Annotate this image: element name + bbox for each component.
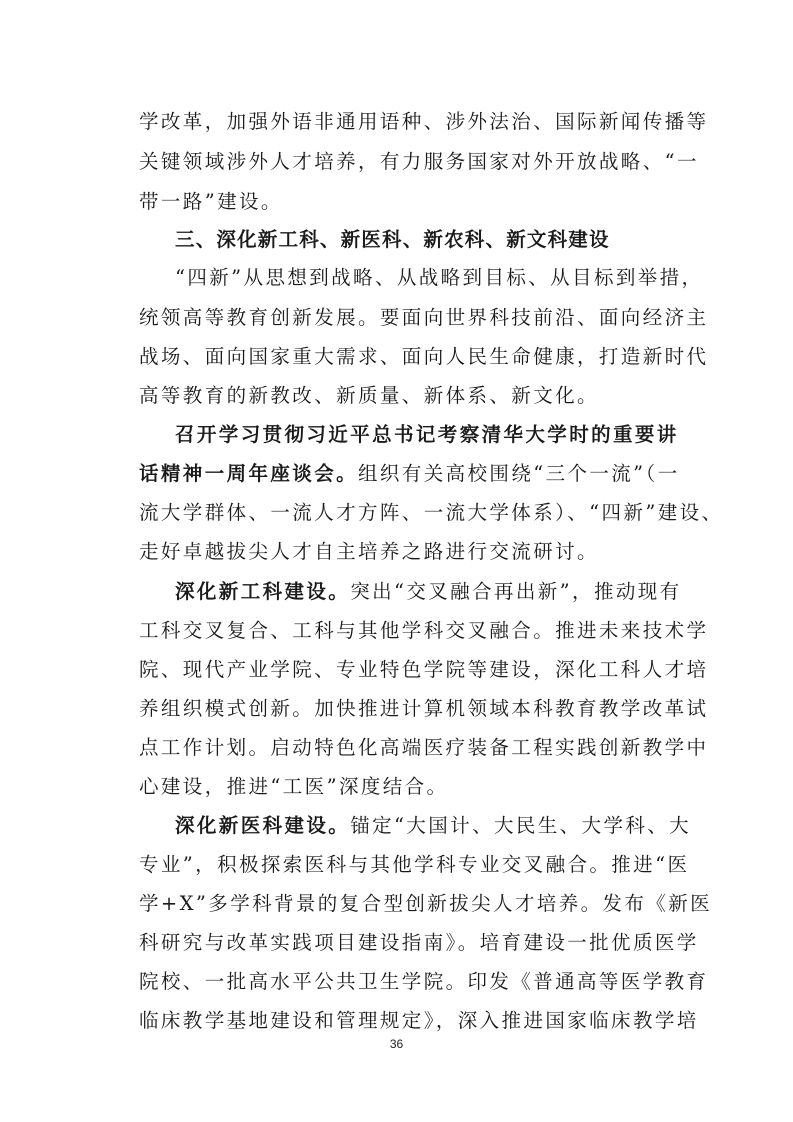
paragraph-line: 心建设，推进“工医”深度结合。: [139, 775, 659, 799]
paragraph-line: 点工作计划。启动特色化高端医疗装备工程实践创新教学中: [139, 736, 659, 760]
paragraph-line: 专业”，积极探索医科与其他学科专业交叉融合。推进“医: [139, 853, 659, 877]
paragraph-bold-lead: 话精神一周年座谈会。: [139, 462, 358, 485]
paragraph-bold-lead: 召开学习贯彻习近平总书记考察清华大学时的重要讲: [175, 423, 659, 447]
paragraph-line: 院、现代产业学院、专业特色学院等建设，深化工科人才培: [139, 658, 659, 682]
paragraph-line: 高等教育的新教改、新质量、新体系、新文化。: [139, 384, 659, 408]
paragraph-line: 学+X”多学科背景的复合型创新拔尖人才培养。发布《新医: [139, 892, 659, 916]
paragraph-bold-lead: 深化新工科建设。: [175, 580, 350, 603]
paragraph-line: 流大学群体、一流人才方阵、一流大学体系）、“四新”建设、: [139, 501, 659, 525]
paragraph-line: 带一路”建设。: [139, 190, 659, 214]
paragraph-line: 深化新工科建设。突出“交叉融合再出新”，推动现有: [175, 580, 659, 604]
section-heading: 三、深化新工科、新医科、新农科、新文科建设: [175, 228, 695, 252]
paragraph-text: 突出“交叉融合再出新”，推动现有: [350, 580, 681, 603]
paragraph-bold-lead: 深化新医科建设。: [175, 814, 350, 837]
paragraph-line: 科研究与改革实践项目建设指南》。培育建设一批优质医学: [139, 931, 659, 955]
paragraph-line: 工科交叉复合、工科与其他学科交叉融合。推进未来技术学: [139, 619, 659, 643]
paragraph-text: 锚定“大国计、大民生、大学科、大: [350, 814, 691, 837]
paragraph-line: 关键领域涉外人才培养，有力服务国家对外开放战略、“一: [139, 150, 659, 174]
paragraph-line: 学改革，加强外语非通用语种、涉外法治、国际新闻传播等: [139, 110, 659, 134]
paragraph-text: 组织有关高校围绕“三个一流”（一: [358, 462, 680, 485]
paragraph-line: 话精神一周年座谈会。组织有关高校围绕“三个一流”（一: [139, 462, 659, 486]
paragraph-line: 深化新医科建设。锚定“大国计、大民生、大学科、大: [175, 814, 659, 838]
paragraph-line: “四新”从思想到战略、从战略到目标、从目标到举措，: [175, 266, 659, 290]
page-number: 36: [0, 1037, 793, 1051]
paragraph-line: 临床教学基地建设和管理规定》，深入推进国家临床教学培: [139, 1009, 659, 1033]
paragraph-line: 院校、一批高水平公共卫生学院。印发《普通高等医学教育: [139, 970, 659, 994]
paragraph-line: 战场、面向国家重大需求、面向人民生命健康，打造新时代: [139, 345, 659, 369]
paragraph-line: 走好卓越拔尖人才自主培养之路进行交流研讨。: [139, 540, 659, 564]
paragraph-line: 养组织模式创新。加快推进计算机领域本科教育教学改革试: [139, 697, 659, 721]
paragraph-line: 统领高等教育创新发展。要面向世界科技前沿、面向经济主: [139, 306, 659, 330]
